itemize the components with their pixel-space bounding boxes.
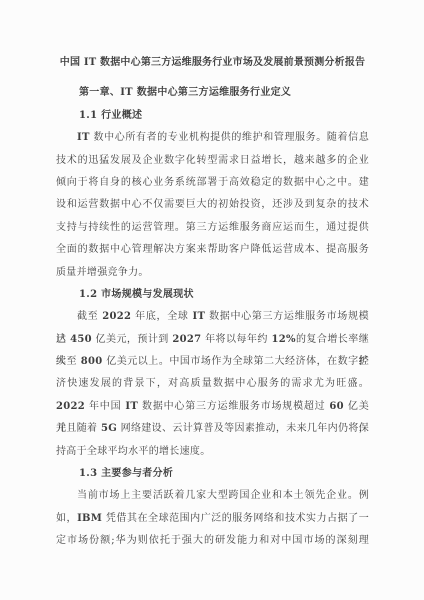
body-line: 设和运营数据中心不仅需要巨大的初始投资，还涉及到复杂的技术 — [56, 194, 369, 216]
chapter-heading: 第一章、IT 数据中心第三方运维服务行业定义 — [56, 82, 369, 104]
document-page: 中国 IT 数据中心第三方运维服务行业市场及发展前景预测分析报告 第一章、IT … — [0, 0, 424, 600]
section-heading: 1.2 市场规模与发展现状 — [56, 284, 369, 306]
body-line: 支持与持续性的运营管理。第三方运维服务商应运而生，通过提供 — [56, 217, 369, 239]
body-line: 定市场份额;华为则依托于强大的研发能力和对中国市场的深刻理 — [56, 530, 369, 552]
section-heading: 1.1 行业概述 — [56, 105, 369, 127]
body-line: 持高于全球平均水平的增长速度。 — [56, 441, 369, 463]
body-line: 质量并增强竞争力。 — [56, 262, 369, 284]
body-line: 截至 2022 年底，全球 IT 数据中心第三方运维服务市场规模已 — [56, 306, 369, 328]
document-content: 中国 IT 数据中心第三方运维服务行业市场及发展前景预测分析报告 第一章、IT … — [56, 52, 369, 553]
body-line: 大至 800 亿美元以上。中国市场作为全球第二大经济体，在数字经 — [56, 351, 369, 373]
body-line: IT 数中心所有者的专业机构提供的维护和管理服务。随着信息 — [56, 127, 369, 149]
body-line: 济快速发展的背景下，对高质量数据中心服务的需求尤为旺盛。 — [56, 373, 369, 395]
document-body: 第一章、IT 数据中心第三方运维服务行业定义1.1 行业概述IT 数中心所有者的… — [56, 82, 369, 552]
body-line: 并且随着 5G 网络建设、云计算普及等因素推动，未来几年内仍将保 — [56, 418, 369, 440]
report-title: 中国 IT 数据中心第三方运维服务行业市场及发展前景预测分析报告 — [56, 52, 369, 74]
body-line: 2022 年中国 IT 数据中心第三方运维服务市场规模超过 60 亿美元， — [56, 396, 369, 418]
body-line: 全面的数据中心管理解决方案来帮助客户降低运营成本、提高服务 — [56, 239, 369, 261]
body-line: 达 450 亿美元，预计到 2027 年将以每年约 12%的复合增长率继续扩 — [56, 329, 369, 351]
body-line: 技术的迅猛发展及企业数字化转型需求日益增长，越来越多的企业 — [56, 150, 369, 172]
body-line: 如，IBM 凭借其在全球范围内广泛的服务网络和技术实力占据了一 — [56, 508, 369, 530]
body-line: 当前市场上主要活跃着几家大型跨国企业和本土领先企业。例 — [56, 485, 369, 507]
body-line: 倾向于将自身的核心业务系统部署于高效稳定的数据中心之中。建 — [56, 172, 369, 194]
section-heading: 1.3 主要参与者分析 — [56, 463, 369, 485]
